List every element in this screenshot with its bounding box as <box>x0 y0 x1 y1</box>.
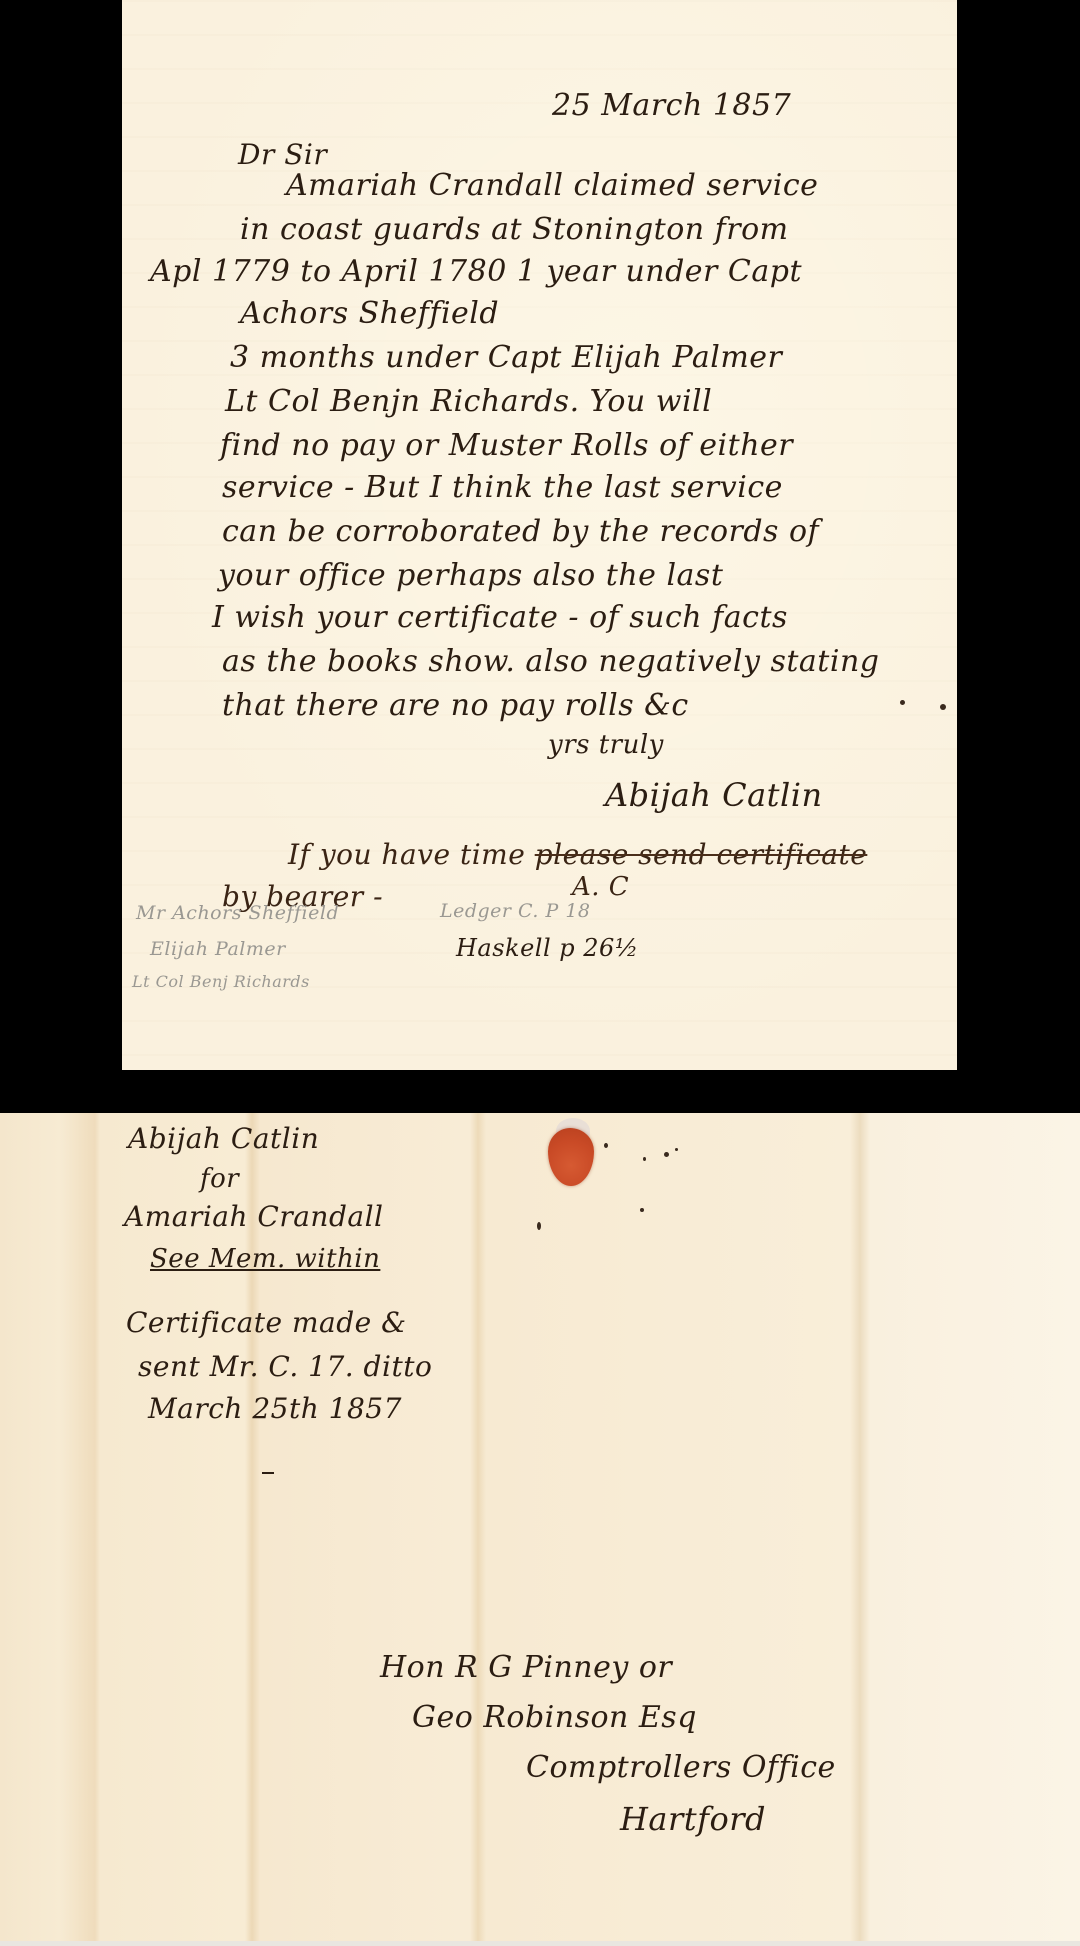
body-line: I wish your certificate - of such facts <box>212 600 788 635</box>
pencil-note: Lt Col Benj Richards <box>132 972 310 991</box>
docket-line: See Mem. within <box>150 1244 380 1274</box>
letter-signature: Abijah Catlin <box>605 776 823 814</box>
letter-page-cover <box>0 1113 1080 1941</box>
body-line: in coast guards at Stonington from <box>240 212 789 247</box>
docket-line: for <box>200 1164 239 1194</box>
address-line: Comptrollers Office <box>526 1750 836 1785</box>
postscript-line-1: If you have time please send certificate <box>288 838 867 871</box>
ink-blot <box>900 700 905 705</box>
letter-salutation: Dr Sir <box>238 138 327 171</box>
address-line: Hartford <box>620 1800 766 1838</box>
body-line: service - But I think the last service <box>222 470 783 505</box>
body-line: your office perhaps also the last <box>218 558 723 593</box>
ink-speck <box>640 1208 644 1212</box>
body-line: Lt Col Benjn Richards. You will <box>225 384 712 419</box>
ink-speck <box>537 1222 541 1230</box>
body-line: can be corroborated by the records of <box>222 514 819 549</box>
pencil-note: Mr Achors Sheffield <box>136 902 339 924</box>
scan-edge <box>0 1941 1080 1946</box>
ink-blot <box>940 704 946 710</box>
certificate-line: March 25th 1857 <box>148 1392 402 1425</box>
body-line: find no pay or Muster Rolls of either <box>220 428 793 463</box>
body-line: Achors Sheffield <box>240 296 499 331</box>
certificate-line: Certificate made & <box>126 1306 407 1339</box>
pencil-note: Elijah Palmer <box>150 938 286 960</box>
letter-closing: yrs truly <box>548 730 664 760</box>
body-line: Amariah Crandall claimed service <box>286 168 818 203</box>
letter-date: 25 March 1857 <box>552 88 791 123</box>
ink-speck <box>604 1143 608 1148</box>
ink-speck <box>664 1152 669 1157</box>
ink-reference-note: Haskell p 26½ <box>456 934 639 962</box>
postscript-text: If you have time <box>288 838 535 871</box>
address-line: Geo Robinson Esq <box>412 1700 697 1735</box>
address-line: Hon R G Pinney or <box>380 1650 672 1685</box>
ink-speck <box>675 1148 678 1151</box>
ink-speck <box>643 1157 646 1161</box>
docket-line: Amariah Crandall <box>124 1200 384 1233</box>
body-line: 3 months under Capt Elijah Palmer <box>230 340 782 375</box>
docket-line: Abijah Catlin <box>128 1122 319 1155</box>
body-line: Apl 1779 to April 1780 1 year under Capt <box>150 254 802 289</box>
certificate-line: sent Mr. C. 17. ditto <box>138 1350 432 1383</box>
body-line: that there are no pay rolls &c <box>222 688 689 723</box>
postscript-initials: A. C <box>572 872 629 902</box>
body-line: as the books show. also negatively stati… <box>222 644 879 679</box>
pencil-note: Ledger C. P 18 <box>440 900 591 922</box>
pen-mark <box>262 1472 274 1474</box>
postscript-struck-text: please send certificate <box>535 838 868 871</box>
